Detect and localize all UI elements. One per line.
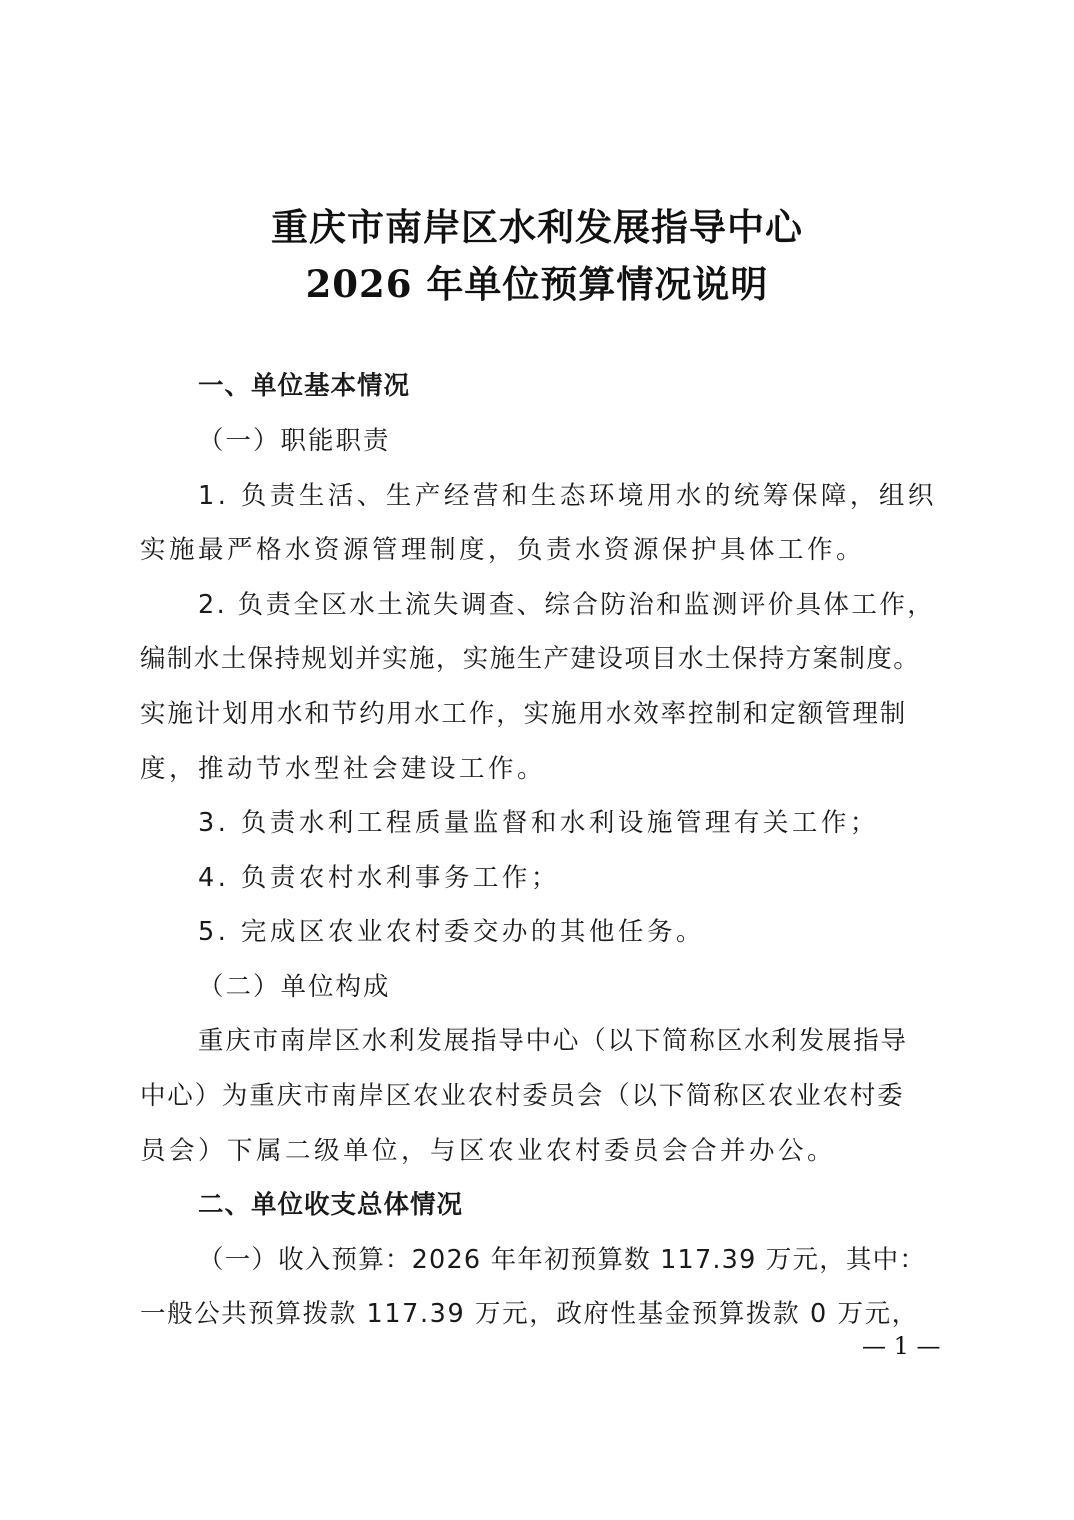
- paragraph-line: 员会）下属二级单位，与区农业农村委员会合并办公。: [140, 1131, 940, 1167]
- page-number: — 1 —: [862, 1332, 941, 1360]
- paragraph-line: 一般公共预算拨款 117.39 万元，政府性基金预算拨款 0 万元，: [140, 1294, 940, 1330]
- paragraph-line: 实施计划用水和节约用水工作，实施用水效率控制和定额管理制: [140, 694, 940, 730]
- paragraph-line: 中心）为重庆市南岸区农业农村委员会（以下简称区农业农村委: [140, 1076, 940, 1112]
- document-page: 重庆市南岸区水利发展指导中心 2026 年单位预算情况说明 一、单位基本情况 （…: [0, 0, 1074, 1520]
- document-title-line1: 重庆市南岸区水利发展指导中心: [0, 197, 1074, 251]
- subsection-heading-2: （二）单位构成: [198, 967, 998, 1003]
- section-heading-1: 一、单位基本情况: [198, 366, 998, 402]
- paragraph-line: 4. 负责农村水利事务工作；: [198, 858, 998, 894]
- section-heading-2: 二、单位收支总体情况: [198, 1185, 998, 1221]
- document-title-line2: 2026 年单位预算情况说明: [0, 254, 1074, 308]
- paragraph-line: 2. 负责全区水土流失调查、综合防治和监测评价具体工作，: [198, 585, 998, 621]
- paragraph-line: 编制水土保持规划并实施，实施生产建设项目水土保持方案制度。: [140, 639, 940, 675]
- paragraph-line: 实施最严格水资源管理制度，负责水资源保护具体工作。: [140, 530, 940, 566]
- paragraph-line: 5. 完成区农业农村委交办的其他任务。: [198, 912, 998, 948]
- subsection-heading-1: （一）职能职责: [198, 421, 998, 457]
- paragraph-line: 1. 负责生活、生产经营和生态环境用水的统筹保障，组织: [198, 476, 938, 512]
- paragraph-line: （一）收入预算：2026 年年初预算数 117.39 万元，其中：: [198, 1240, 998, 1276]
- paragraph-line: 3. 负责水利工程质量监督和水利设施管理有关工作；: [198, 803, 998, 839]
- paragraph-line: 度，推动节水型社会建设工作。: [140, 749, 940, 785]
- paragraph-line: 重庆市南岸区水利发展指导中心（以下简称区水利发展指导: [198, 1021, 998, 1057]
